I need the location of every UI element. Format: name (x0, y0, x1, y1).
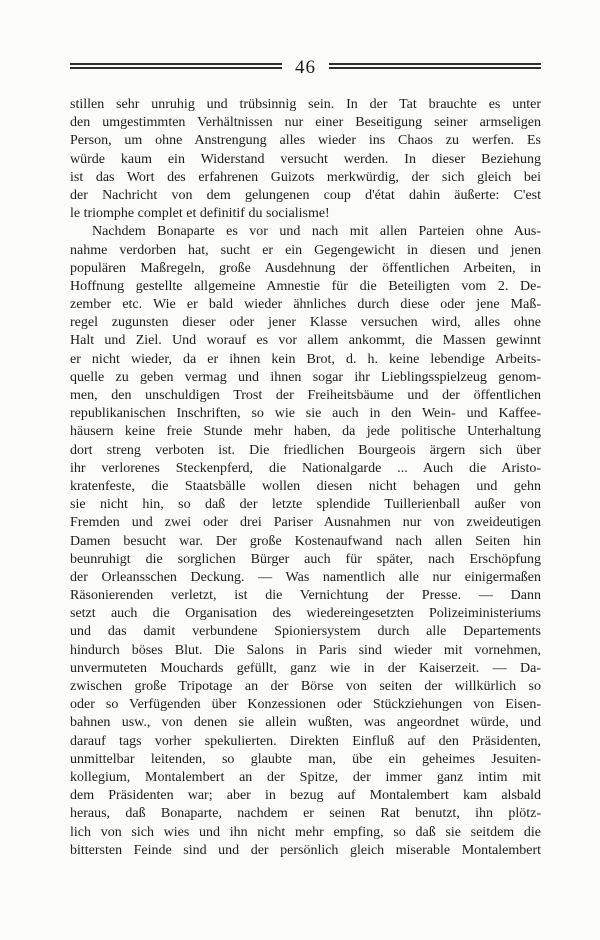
text-line: dort streng verboten ist. Die friedliche… (70, 442, 541, 460)
text-line: nahme verdorben hat, sucht er ein Gegeng… (70, 242, 541, 260)
text-line: men, den unschuldigen Trost der Freiheit… (70, 387, 541, 405)
header-rule-left (70, 63, 282, 69)
text-line: darauf tags vorher spekulierten. Direkte… (70, 733, 541, 751)
text-line: sie nicht hin, so daß der letzte splendi… (70, 496, 541, 514)
text-line: ist das Wort des erfahrenen Guizots merk… (70, 169, 541, 187)
text-line: und das damit verbundene Spioniersystem … (70, 623, 541, 641)
text-line: stillen sehr unruhig und trübsinnig sein… (70, 96, 541, 114)
text-line: le triomphe complet et definitif du soci… (70, 205, 541, 223)
text-line: bittersten Feinde sind und der persönlic… (70, 842, 541, 860)
text-line: oder so Verfügenden über Konzessionen od… (70, 696, 541, 714)
text-line: hindurch böses Blut. Die Salons in Paris… (70, 642, 541, 660)
text-line: Räsonierenden verletzt, ist die Vernicht… (70, 587, 541, 605)
text-line: zwischen große Tripotage an der Börse vo… (70, 678, 541, 696)
text-line: er nicht wieder, da er ihnen kein Brot, … (70, 351, 541, 369)
text-line: den umgestimmten Verhältnissen nur einer… (70, 114, 541, 132)
text-line: heraus, daß Bonaparte, nachdem er seinen… (70, 805, 541, 823)
text-line: zember etc. Wie er bald wieder ähnliches… (70, 296, 541, 314)
text-line: Fremden und zwei oder drei Pariser Ausna… (70, 514, 541, 532)
text-line: Person, um ohne Anstrengung alles wieder… (70, 132, 541, 150)
text-line: kollegium, Montalembert an der Spitze, d… (70, 769, 541, 787)
text-line: kratenfeste, die Staatsbälle wollen dies… (70, 478, 541, 496)
text-line: würde kaum ein Widerstand versucht werde… (70, 151, 541, 169)
text-line: Halt und Ziel. Und worauf es vor allem a… (70, 332, 541, 350)
text-line: der Nachricht von dem gelungenen coup d'… (70, 187, 541, 205)
text-line: beunruhigt die sorglichen Bürger auch fü… (70, 551, 541, 569)
text-line: der Orleansschen Deckung. — Was namentli… (70, 569, 541, 587)
page-header: 46 (70, 56, 541, 75)
text-line: unvermuteten Mouchards gefüllt, ganz wie… (70, 660, 541, 678)
text-line: Hoffnung gestellte allgemeine Amnestie f… (70, 278, 541, 296)
text-line: Nachdem Bonaparte es vor und nach mit al… (70, 223, 541, 241)
text-line: bahnen usw., von denen sie allein wußten… (70, 714, 541, 732)
text-line: regel zugunsten dieser oder jener Klasse… (70, 314, 541, 332)
paragraph: Nachdem Bonaparte es vor und nach mit al… (70, 223, 541, 860)
text-line: häusern keine freie Stunde mehr haben, d… (70, 423, 541, 441)
text-line: quelle zu geben vermag und ihnen sogar i… (70, 369, 541, 387)
text-line: republikanischen Inschriften, so wie sie… (70, 405, 541, 423)
text-line: lich von sich wies und ihn nicht mehr em… (70, 824, 541, 842)
paragraph: stillen sehr unruhig und trübsinnig sein… (70, 96, 541, 223)
header-rule-right (329, 63, 541, 69)
page-number: 46 (295, 58, 316, 77)
text-line: unmittelbar leitenden, so glaubte man, ü… (70, 751, 541, 769)
text-line: populären Maßregeln, große Ausdehnung de… (70, 260, 541, 278)
book-page: 46 stillen sehr unruhig und trübsinnig s… (0, 0, 600, 940)
text-line: Damen besucht war. Der große Kostenaufwa… (70, 533, 541, 551)
text-line: setzt auch die Organisation des wiederei… (70, 605, 541, 623)
text-block: stillen sehr unruhig und trübsinnig sein… (70, 96, 541, 860)
text-line: dem Präsidenten war; aber in bezug auf M… (70, 787, 541, 805)
text-line: ihr verlorenes Steckenpferd, die Nationa… (70, 460, 541, 478)
